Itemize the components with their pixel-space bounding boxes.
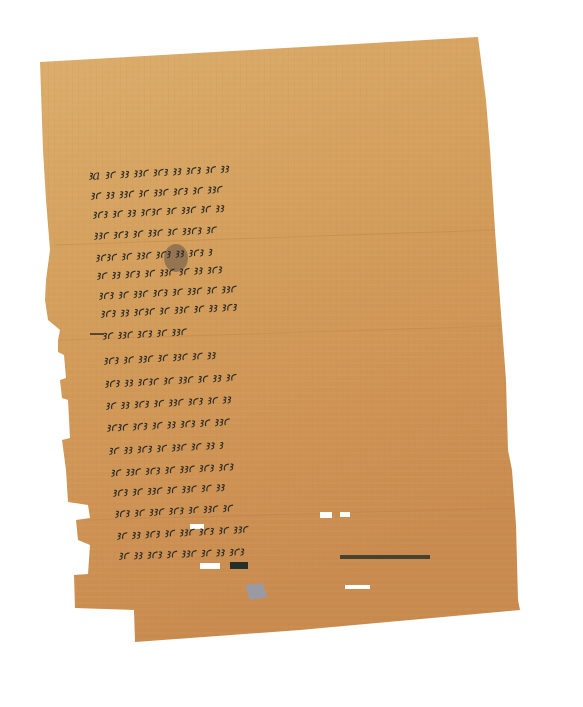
papyrus-photo: ꜣa ꜣꜥ ꜣꜣ ꜣꜣꜥ ꜣꜥꜣ ꜣꜣ ꜣꜥꜣ ꜣꜥ ꜣꜣ ꜣꜥ ꜣꜣ ꜣꜣꜥ … [0, 0, 583, 707]
papyrus-svg: ꜣa ꜣꜥ ꜣꜣ ꜣꜣꜥ ꜣꜥꜣ ꜣꜣ ꜣꜥꜣ ꜣꜥ ꜣꜣ ꜣꜥ ꜣꜣ ꜣꜣꜥ … [0, 0, 583, 707]
